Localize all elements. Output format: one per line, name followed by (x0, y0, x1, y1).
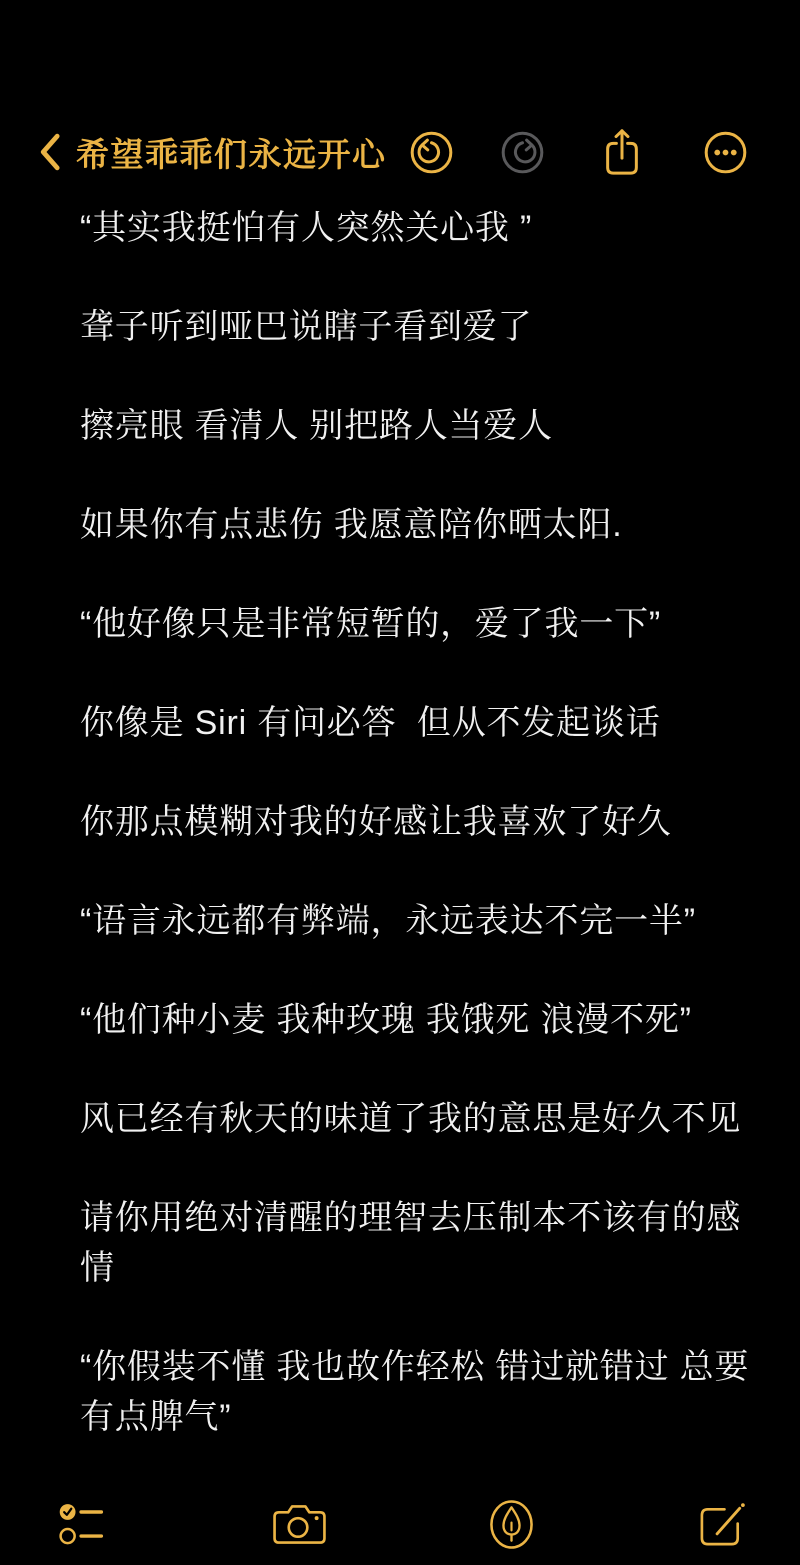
note-line[interactable]: “你假装不懂 我也故作轻松 错过就错过 总要有点脾气” (80, 1342, 752, 1442)
camera-icon (272, 1502, 327, 1547)
chevron-left-icon (38, 132, 61, 172)
note-line[interactable]: 擦亮眼 看清人 别把路人当爱人 (80, 401, 752, 451)
share-icon (601, 126, 643, 179)
note-back-title: 希望乖乖们永远开心 (76, 129, 387, 176)
redo-button[interactable] (500, 130, 545, 175)
note-line[interactable]: “语言永远都有弊端，永远表达不完一半” (80, 896, 752, 946)
note-line[interactable]: 请你用绝对清醒的理智去压制本不该有的感情 (80, 1193, 752, 1293)
redo-icon (500, 130, 545, 175)
note-line[interactable]: 你那点模糊对我的好感让我喜欢了好久 (80, 797, 752, 847)
undo-button[interactable] (409, 130, 454, 175)
markup-button[interactable] (488, 1498, 535, 1551)
note-line[interactable]: 如果你有点悲伤 我愿意陪你晒太阳. (80, 500, 752, 550)
note-editor[interactable]: “其实我挺怕有人突然关心我 ” 聋子听到哑巴说瞎子看到爱了 擦亮眼 看清人 别把… (80, 203, 752, 1491)
share-button[interactable] (601, 126, 643, 179)
notes-app-screen: 希望乖乖们永远开心 (0, 0, 800, 1565)
checklist-button[interactable] (58, 1500, 110, 1549)
ellipsis-circle-icon (703, 130, 748, 175)
compose-button[interactable] (697, 1499, 748, 1550)
compose-icon (697, 1499, 748, 1550)
navbar: 希望乖乖们永远开心 (0, 116, 800, 188)
note-line[interactable]: “他们种小麦 我种玫瑰 我饿死 浪漫不死” (80, 995, 752, 1045)
note-line[interactable]: 风已经有秋天的味道了我的意思是好久不见 (80, 1094, 752, 1144)
note-line[interactable]: “其实我挺怕有人突然关心我 ” (80, 203, 752, 253)
bottom-toolbar (0, 1495, 800, 1553)
undo-icon (409, 130, 454, 175)
more-button[interactable] (703, 130, 748, 175)
markup-pen-icon (488, 1498, 535, 1551)
camera-button[interactable] (272, 1502, 327, 1547)
note-line[interactable]: 你像是 Siri 有问必答 但从不发起谈话 (80, 698, 752, 748)
note-line[interactable]: 聋子听到哑巴说瞎子看到爱了 (80, 302, 752, 352)
back-button[interactable]: 希望乖乖们永远开心 (38, 129, 387, 176)
checklist-icon (58, 1500, 110, 1549)
note-line[interactable]: “他好像只是非常短暂的，爱了我一下” (80, 599, 752, 649)
